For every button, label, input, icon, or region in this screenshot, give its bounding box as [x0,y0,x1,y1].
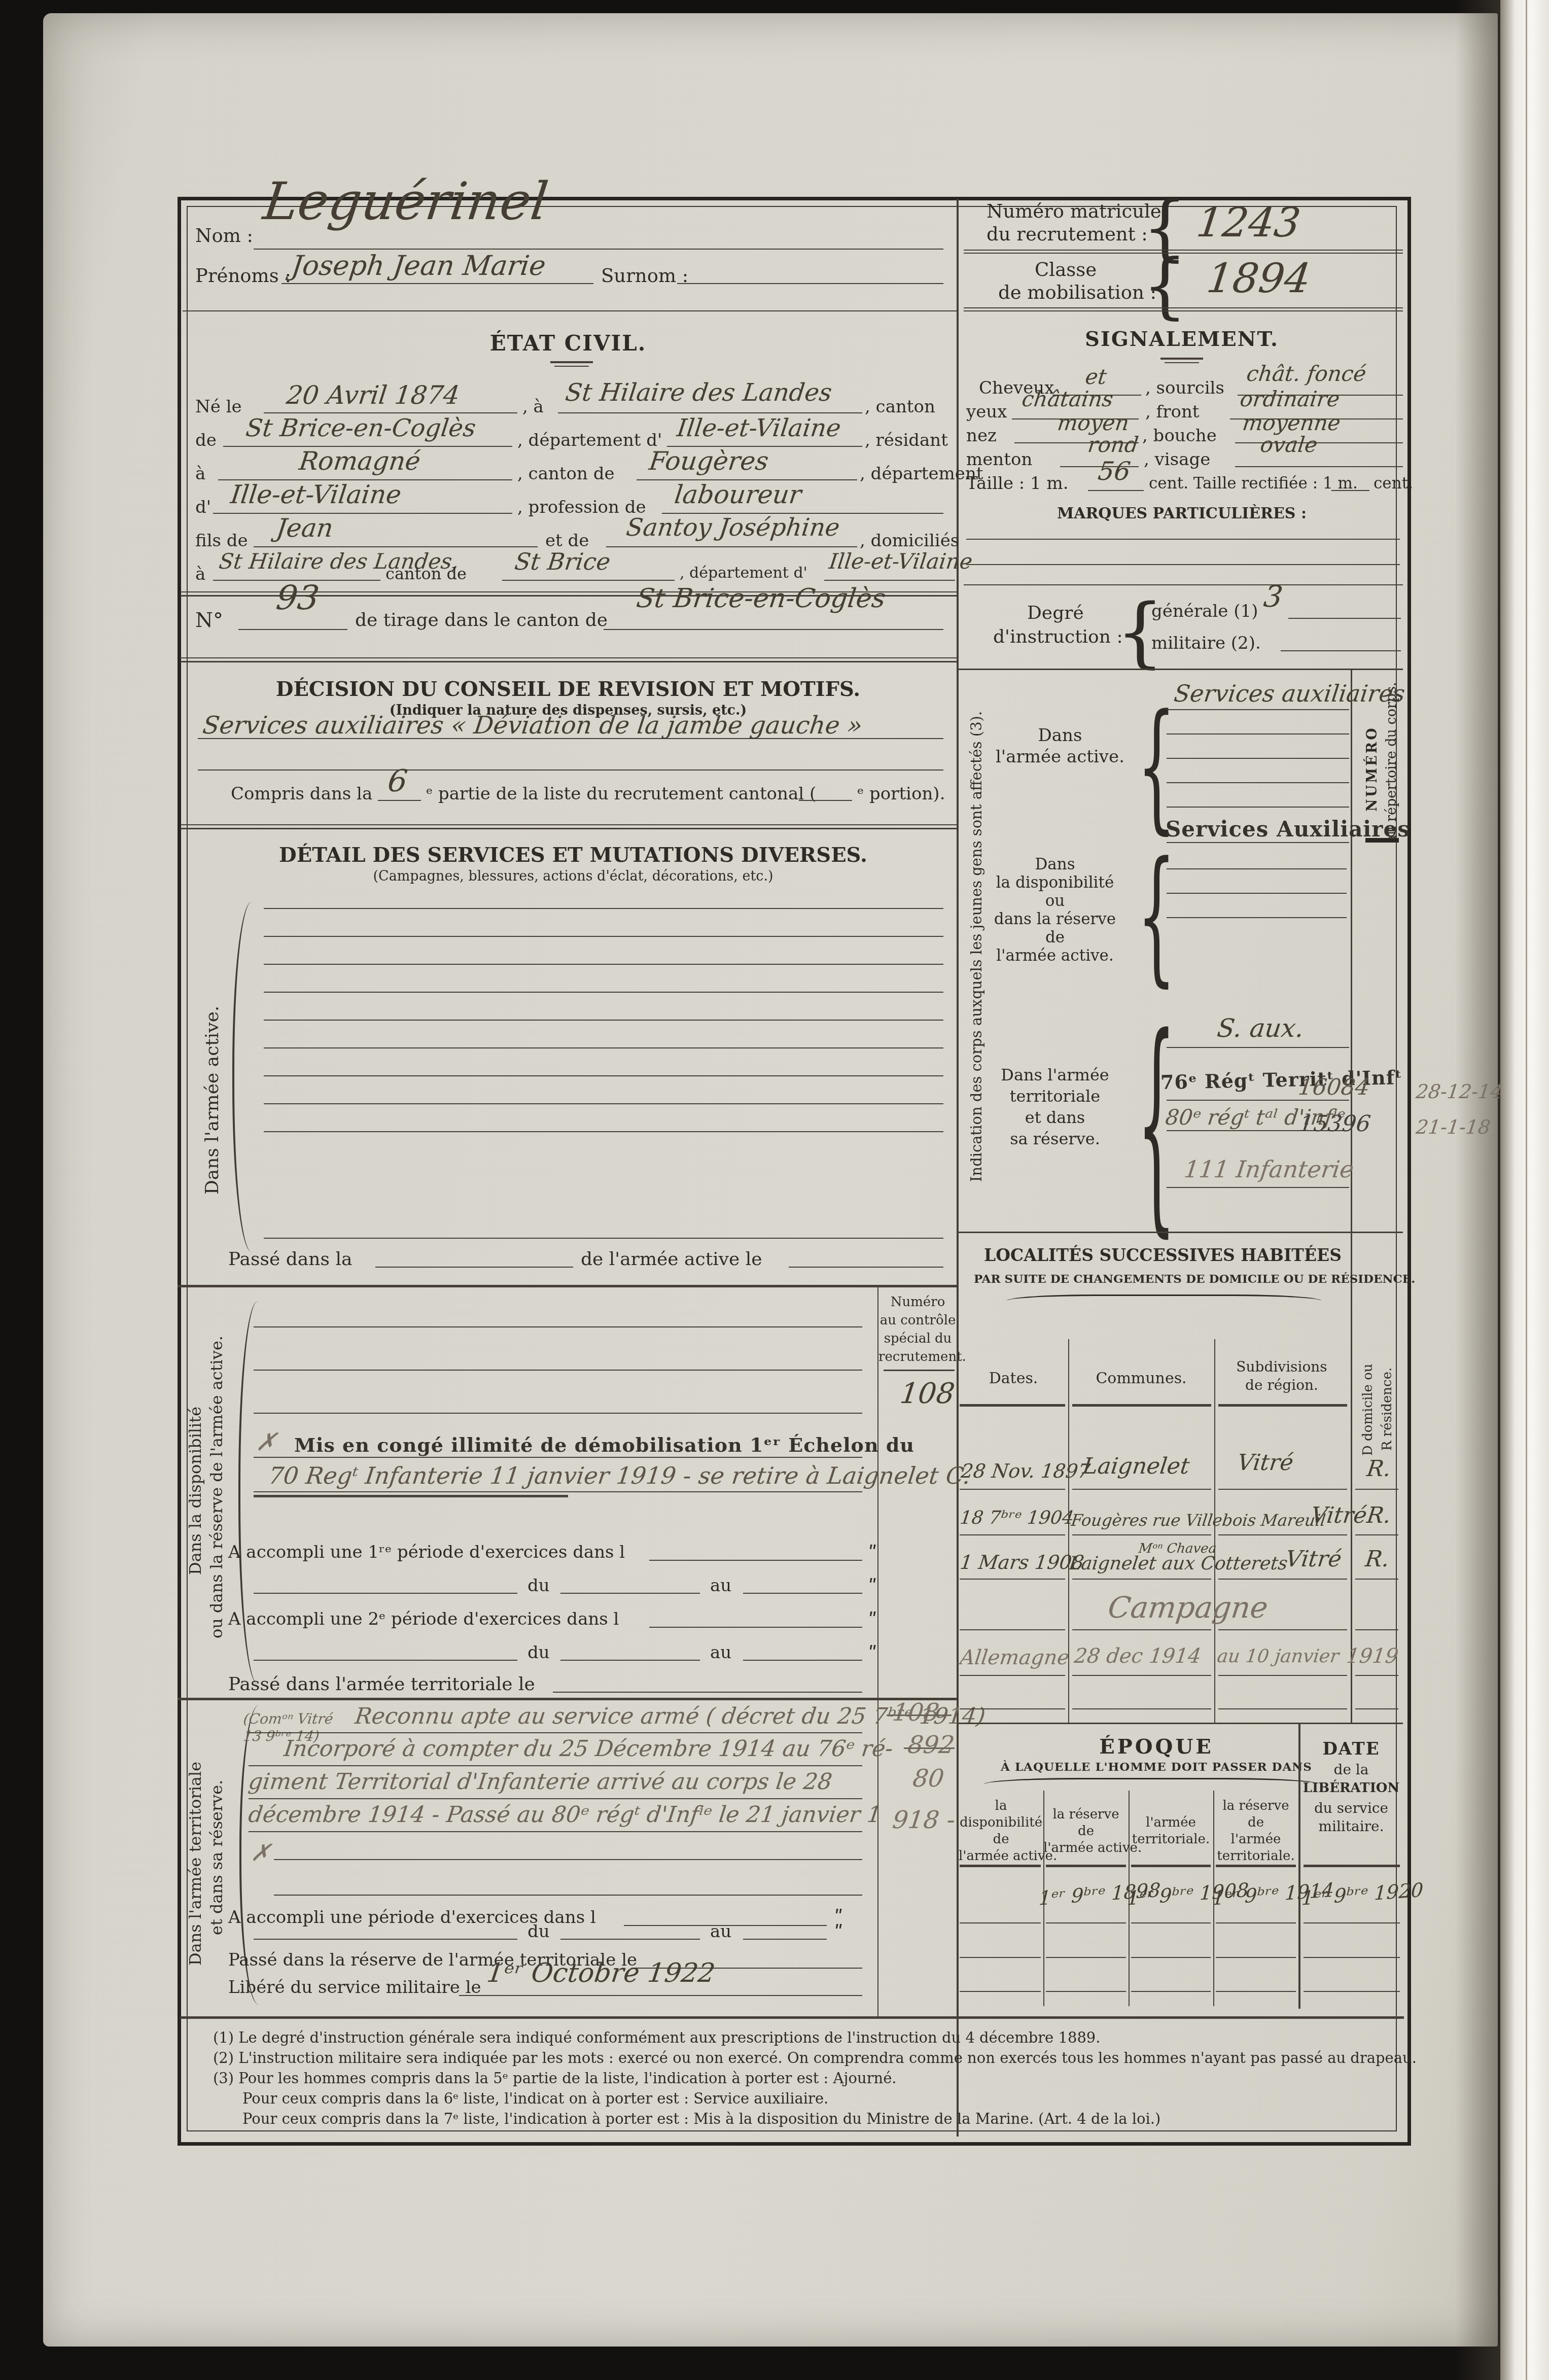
signalement-title: SIGNALEMENT. [1040,327,1324,351]
ruled-line [1167,782,1349,783]
ruled-line [1355,1629,1398,1630]
compris-label3: ᵉ portion). [857,784,945,804]
taille-label: Taille : 1 m. [966,473,1069,494]
epoque-c4-l1: la réserve [1213,1798,1298,1813]
localites-r1-subdiv: Vitré [1236,1450,1295,1476]
ditto-mark: ʺ [868,1542,877,1564]
dispo-side-label-2: ou dans la réserve de l'armée active. [207,1336,226,1638]
ruled-line [649,1627,862,1628]
du-label: du [527,1642,550,1663]
ruled-line [1304,1991,1400,1992]
ruled-line [1072,1629,1211,1630]
ruled-line [378,800,421,801]
ruled-line [960,1579,1065,1580]
nom-label: Nom : [195,225,253,247]
terr-margin-num-4: 918 - [891,1806,957,1834]
passe-territoriale-label: Passé dans l'armée territoriale le [228,1674,535,1695]
exercices-2-label: A accompli une 2ᵉ période d'exercices da… [228,1609,619,1629]
divider [959,1232,1403,1233]
demobilisation-stamp: Mis en congé illimité de démobilisation … [294,1433,914,1456]
corps-terr-label-1: Dans l'armée [979,1065,1131,1084]
libere-value: 1ᵉʳ Octobre 1922 [485,1958,717,1988]
ruled-line [254,1457,862,1458]
ruled-line [274,1895,862,1896]
ruled-line [1088,490,1144,491]
ruled-line [960,1489,1065,1490]
ruled-line [1072,1708,1211,1709]
ruled-line [1331,490,1369,491]
margin-date-1: 28-12-14 [1415,1080,1504,1103]
ruled-line [1216,1957,1296,1958]
ruled-line [264,1238,943,1239]
commission-note-1: (Comᵒⁿ Vitré [242,1710,334,1727]
ruled-line [254,1413,862,1414]
date-liberation-h3: LIBÉRATION [1300,1780,1402,1796]
localites-r3-dr: R. [1364,1546,1391,1572]
header-rule [960,1404,1065,1407]
au-label: au [710,1921,731,1942]
decision-value: Services auxiliaires « Déviation de la j… [201,711,864,740]
header-rule [1304,1865,1400,1867]
visage-label: , visage [1144,449,1210,470]
corps-dispo-label-4: dans la réserve [979,910,1131,928]
corps-terr-label-2: territoriale [979,1087,1131,1106]
ruled-line [558,412,862,413]
ruled-line [1131,1922,1211,1923]
passe-armee-active-label2: de l'armée active le [581,1249,762,1270]
footnote-3: (3) Pour les hommes compris dans la 5ᵉ p… [213,2070,897,2087]
ruled-line [459,1995,862,1996]
de-label: de [195,430,217,450]
terr-margin-num-1: 108 [891,1698,941,1727]
ruled-line [1235,466,1403,467]
ruled-line [1131,1991,1211,1992]
compris-label2: ᵉ partie de la liste du recrutement cant… [426,784,816,804]
ruled-line [1072,1579,1211,1580]
terr-line-3: giment Territorial d'Infanterie arrivé a… [247,1769,833,1795]
ruled-line [264,936,943,937]
ruled-line [1167,1100,1349,1101]
campagne-debut: 28 dec 1914 [1073,1644,1202,1668]
corps-dispo-label-5: de [979,928,1131,947]
localites-r1-date: 28 Nov. 1897 [960,1460,1092,1482]
cross-mark: ✗ [250,1839,272,1866]
ruled-line [966,539,1400,540]
campagne-fin-1: au 10 janvier [1216,1646,1340,1667]
cheveux-value: et [1084,364,1108,389]
ruled-line [1046,1991,1126,1992]
numero-tirage-label: N° [195,609,223,632]
ruled-line [1167,733,1349,734]
details-subtitle: (Campagnes, blessures, actions d'éclat, … [218,868,928,884]
passe-armee-active-label: Passé dans la [228,1249,352,1270]
ruled-line [254,1491,862,1492]
ruled-line [254,1326,862,1327]
epoque-subtitle: À LAQUELLE L'HOMME DOIT PASSER DANS [979,1760,1334,1774]
corps-active-label-2: l'armée active. [989,747,1131,767]
footnote-1: (1) Le degré d'instruction générale sera… [213,2029,1101,2046]
ruled-line [264,908,943,909]
etat-civil-title: ÉTAT CIVIL. [456,331,680,356]
header-rule [1046,1865,1126,1867]
ruled-line [264,964,943,965]
localites-r3-date: 1 Mars 1908 [959,1551,1085,1573]
epoque-c4-l3: l'armée [1213,1832,1298,1847]
numero-controle-h1: Numéro [878,1294,957,1310]
front-value: ordinaire [1239,387,1341,411]
epoque-c3-l1: l'armée [1129,1815,1213,1830]
ditto-mark: ʺ [868,1642,877,1665]
divider [964,307,1403,308]
ruled-line [960,1991,1041,1992]
title-rule [550,361,593,363]
ruled-line [264,1103,943,1104]
ruled-line [1355,1534,1398,1535]
header-rule [1072,1404,1211,1407]
classe-label-1: Classe [1035,259,1097,281]
header-rule [1131,1865,1211,1867]
ruled-line [960,1675,1065,1676]
terr-side-label-1: Dans l'armée territoriale [186,1762,205,1966]
ruled-line [1218,1629,1347,1630]
departement3-value: Ille-et-Vilaine [828,549,974,574]
localites-r3-commune: Laignelet aux Cotterets [1068,1553,1288,1574]
ruled-line [743,1660,862,1661]
ruled-line [1304,1957,1400,1958]
sourcils-label: , sourcils [1145,378,1224,398]
footnote-5: Pour ceux compris dans la 7ᵉ liste, l'in… [242,2110,1160,2127]
ruled-line [198,769,943,771]
ruled-line [1218,1708,1347,1709]
ruled-line [213,513,512,514]
tirage-canton-value: St Brice-en-Coglès [635,583,887,614]
ruled-line [1218,1534,1347,1535]
epoque-title: ÉPOQUE [1014,1735,1298,1759]
title-rule [1160,358,1203,360]
ruled-line [264,992,943,993]
sourcils-value: chât. foncé [1245,361,1367,386]
ruled-line [1216,1922,1296,1923]
divider [964,310,1403,311]
col-dr-header-2: R résidence. [1380,1368,1395,1451]
corps-terr-label-3: et dans [979,1108,1131,1127]
ruled-line [1072,1675,1211,1676]
epoque-c1-l3: de [959,1832,1043,1847]
ruled-line [1167,842,1349,843]
d-label: d' [195,497,211,517]
epoque-c2-l2: de [1043,1824,1129,1839]
corps-terr-value-1: S. aux. [1215,1013,1305,1043]
corps-active-value: Services auxiliaires [1173,680,1406,707]
epoque-c3-l2: territoriale. [1129,1832,1213,1847]
departement-label: , département [860,464,983,484]
profession-label: , profession de [517,497,646,517]
matricule-value: 1243 [1194,199,1303,246]
localites-r1-dr: R. [1365,1456,1392,1482]
ruled-line [960,1629,1065,1630]
ruled-line [1072,1489,1211,1490]
divider [964,584,1403,585]
numero-repertoire-label-1: NUMÉRO [1364,726,1380,812]
birth-place-value: St Hilaire des Landes [564,378,834,407]
residant-label: , résidant [865,430,948,450]
date-liberation-h5: militaire. [1300,1818,1402,1835]
ruled-line [1288,618,1401,619]
divider [180,657,957,658]
col-communes-header: Communes. [1068,1370,1214,1387]
page-curl-shadow [1456,0,1506,2380]
divider [183,310,957,311]
localites-r2-dr: R. [1365,1502,1392,1528]
date-liberation-h2: de la [1300,1761,1402,1778]
ditto-mark: ʺ [868,1609,877,1631]
du-label: du [527,1921,550,1942]
profession-value: laboureur [673,480,803,509]
numero-tirage-value: 93 [274,578,321,617]
divider [180,824,957,825]
ruled-line [264,1047,943,1048]
ruled-line [1304,1922,1400,1923]
nom-value: Leguérinel [260,171,551,232]
bouche-value: moyenne [1241,410,1342,435]
residence-value: Romagné [297,446,422,476]
ruled-line [789,1267,943,1268]
ruled-line [1355,1489,1398,1490]
ruled-line [1167,893,1347,894]
corps-active-label-1: Dans [989,725,1131,746]
ruled-line [966,564,1400,565]
armee-active-side-label: Dans l'armée active. [202,1006,223,1195]
terr-line-2: Incorporé à compter du 25 Décembre 1914 … [283,1736,895,1762]
ruled-line [1218,1579,1347,1580]
father-value: Jean [274,513,335,543]
surnom-label: Surnom : [601,265,688,287]
col-subdivisions-header-2: de région. [1214,1377,1349,1393]
col-dr-header-1: D domicile ou [1360,1363,1376,1456]
au-label: au [710,1642,731,1663]
ruled-line [799,800,852,801]
epoque-c1-l1: la [959,1798,1043,1813]
prenoms-value: Joseph Jean Marie [290,250,547,282]
ruled-line [375,1267,573,1268]
mother-value: Santoy Joséphine [625,513,841,542]
ruled-line [281,283,593,284]
numero-controle-h4: recrutement. [878,1349,957,1364]
corps-dispo-label-1: Dans [979,855,1131,873]
ruled-line [960,1708,1065,1709]
ruled-line [198,738,943,739]
instruction-label-1: Degré [1027,603,1084,623]
marques-label: MARQUES PARTICULIÈRES : [1055,505,1309,522]
ruled-line [1167,758,1349,759]
divider [959,669,1403,670]
prenoms-label: Prénoms : [195,265,291,287]
cross-mark: ✗ [255,1428,278,1456]
header-rule [960,1865,1041,1867]
decorative-swash [1007,1294,1321,1307]
ruled-line [1046,1922,1126,1923]
canton-de-label: canton de [385,564,467,583]
strike-line [904,1747,955,1749]
localites-r2-commune: Fougères rue Villebois Mareuil [1070,1511,1327,1530]
ruled-line [960,1957,1041,1958]
ruled-line [264,412,517,413]
ruled-line [1355,1708,1398,1709]
ruled-line [560,1660,700,1661]
localites-subtitle: PAR SUITE DE CHANGEMENTS DE DOMICILE OU … [974,1272,1349,1286]
date-liberation-h1: DATE [1300,1739,1402,1759]
localites-r2-subdiv: Vitré [1310,1502,1368,1528]
strike-line [887,1714,952,1716]
decision-title: DÉCISION DU CONSEIL DE REVISION ET MOTIF… [249,677,888,701]
canton3-value: St Brice [513,548,612,575]
ruled-line [1131,1957,1211,1958]
libere-label: Libéré du service militaire le [228,1977,481,1998]
epoque-c2-l3: l'armée active. [1043,1840,1129,1856]
ruled-line [249,1831,862,1832]
bouche-label: , bouche [1142,426,1217,446]
ruled-line [249,1732,862,1733]
ruled-line [249,1765,862,1766]
ruled-line [743,1939,827,1940]
yeux-label: yeux [966,402,1007,422]
ruled-line [254,1370,862,1371]
section-divider [180,2016,1404,2019]
page-curl [1500,0,1549,2380]
compris-label: Compris dans la [231,784,372,804]
ruled-line [606,546,857,547]
section-divider [178,1698,957,1700]
ruled-line [1072,1534,1211,1535]
exercices-1-label: A accompli une 1ʳᵉ période d'exercices d… [228,1542,625,1562]
ruled-line [238,629,347,630]
epoque-c1-l4: l'armée active. [959,1848,1043,1864]
dispo-side-label-1: Dans la disponibilité [186,1407,205,1575]
ruled-line [1218,1489,1347,1490]
localites-title: LOCALITÉS SUCCESSIVES HABITÉES [984,1245,1339,1265]
corps-dispo-label-6: l'armée active. [979,947,1131,965]
ruled-line [960,1922,1041,1923]
ruled-line [264,1075,943,1076]
menton-label: menton [966,449,1032,470]
ruled-line [1167,868,1347,869]
nez-label: nez [966,426,997,446]
instruction-generale-label: générale (1) [1151,601,1258,621]
terr-side-label-2: et dans sa réserve. [207,1780,226,1935]
ruled-line [1167,1130,1349,1131]
demobilisation-hand-line: 70 Regᵗ Infanterie 11 janvier 1919 - se … [267,1462,972,1489]
ruled-line [1216,1991,1296,1992]
ruled-line [1355,1579,1398,1580]
ne-le-label: Né le [195,397,242,417]
terr-margin-num-2: 892 [906,1731,957,1759]
classe-value: 1894 [1204,255,1313,302]
title-rule [1165,362,1199,363]
epoque-c4-l2: de [1213,1815,1298,1830]
section-divider [178,1285,957,1287]
footnote-4: Pour ceux compris dans la 6ᵉ liste, l'in… [242,2090,828,2107]
ruled-line [560,1939,700,1940]
brace: { [1142,244,1187,327]
header-rule [1216,1865,1296,1867]
taille-value: 56 [1096,457,1132,486]
footnote-2: (2) L'instruction militaire sera indiqué… [213,2049,1417,2067]
table-divider [1068,1339,1069,1723]
ruled-line [254,1660,517,1661]
divider [180,828,957,829]
col-dates-header: Dates. [959,1370,1068,1387]
canton2-value: Fougères [647,446,770,476]
du-label: du [527,1576,550,1596]
visage-value: ovale [1259,432,1319,457]
menton-value: rond [1086,432,1140,457]
numero-controle-value: 108 [898,1377,957,1410]
epoque-c2-l1: la réserve [1043,1807,1129,1822]
a-label: à [195,564,205,584]
nez-value: moyen [1056,410,1131,435]
terr-line-4: décembre 1914 - Passé au 80ᵉ régᵗ d'Infⁱ… [247,1802,883,1828]
departement-value: Ille-et-Vilaine [676,414,842,442]
page-seam [1526,0,1527,2380]
ruled-line [553,1692,862,1693]
campagne-fin-2: 1919 [1345,1644,1399,1668]
ruled-line [560,1593,700,1594]
departement-label: , département d' [680,564,807,582]
a-label: , à [522,397,544,417]
repertoire-num-2: 15396 [1298,1111,1372,1137]
ruled-line [1046,1957,1126,1958]
ruled-line [677,283,943,284]
ruled-line [824,580,955,581]
corps-terr-value-3: 111 Infanterie [1183,1156,1356,1183]
services-auxiliaires-stamp: Services Auxiliaires [1166,817,1410,842]
classe-label-2: de mobilisation : [998,282,1156,303]
instruction-militaire-label: militaire (2). [1151,633,1261,653]
header-rule [1218,1404,1347,1407]
ruled-line [254,1939,517,1940]
ditto-mark: ʺ [868,1576,877,1598]
epoque-c4-l4: territoriale. [1213,1848,1298,1864]
ditto-mark: ʺ [834,1921,843,1944]
decorative-swash [984,1778,1319,1791]
ruled-line [1167,709,1349,710]
ruled-line [249,1798,862,1799]
taille-rectifiee-label: cent. Taille rectifiée : 1 m. [1149,474,1358,493]
canton-de-label: , canton de [517,464,615,484]
departement2-value: Ille-et-Vilaine [229,480,403,509]
numero-controle-h2: au contrôle [878,1313,957,1328]
table-divider [1214,1339,1215,1723]
ruled-line [743,1593,862,1594]
divider [959,1723,1403,1724]
au-label: au [710,1576,731,1596]
ruled-line [1218,1675,1347,1676]
canton-value: St Brice-en-Coglès [244,414,478,442]
divider [884,1370,955,1371]
ruled-line [649,1560,862,1561]
domicilies-label: , domiciliés [860,531,959,551]
repertoire-num-1: 16084 [1297,1074,1371,1100]
ruled-line [264,1131,943,1132]
campagne-pays: Allemagne [959,1646,1071,1669]
margin-date-2: 21-1-18 [1415,1116,1492,1138]
tirage-label: de tirage dans le canton de [355,610,608,631]
ruled-line [1167,1047,1349,1048]
strike-line [254,1495,568,1497]
ruled-line [1167,807,1349,808]
ruled-line [1355,1675,1398,1676]
instruction-label-2: d'instruction : [993,626,1123,647]
